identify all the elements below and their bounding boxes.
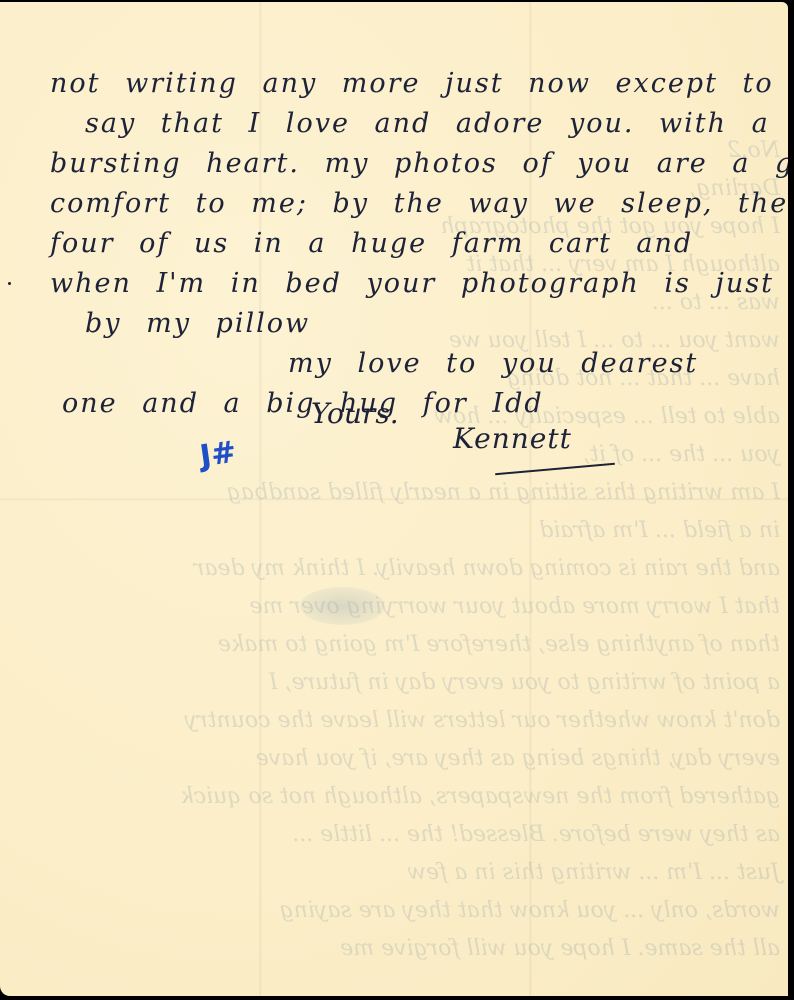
letter-page: No.2 Darling, I hope you got the photogr… xyxy=(0,2,788,996)
letter-line-5: four of us in a huge farm cart and xyxy=(50,224,780,264)
margin-dot xyxy=(8,282,11,285)
signature: Kennett xyxy=(453,422,572,455)
letter-line-1: not writing any more just now except to xyxy=(50,64,780,104)
closing-line-2: one and a big hug for Idd xyxy=(50,384,780,424)
letter-line-7: by my pillow xyxy=(50,304,780,344)
closing-line-1: my love to you dearest xyxy=(50,344,780,384)
letter-body: not writing any more just now except to … xyxy=(50,64,780,424)
ink-blot xyxy=(300,587,385,625)
signature-underline xyxy=(495,463,615,475)
archive-pencil-mark: J# xyxy=(198,435,239,475)
letter-line-4: comfort to me; by the way we sleep, the xyxy=(50,184,780,224)
letter-line-2: say that I love and adore you. with a xyxy=(50,104,780,144)
letter-line-3: bursting heart. my photos of you are a g… xyxy=(50,144,780,184)
scan-border xyxy=(788,0,794,1000)
valediction: Yours. xyxy=(311,397,399,430)
letter-line-6: when I'm in bed your photograph is just xyxy=(50,264,780,304)
